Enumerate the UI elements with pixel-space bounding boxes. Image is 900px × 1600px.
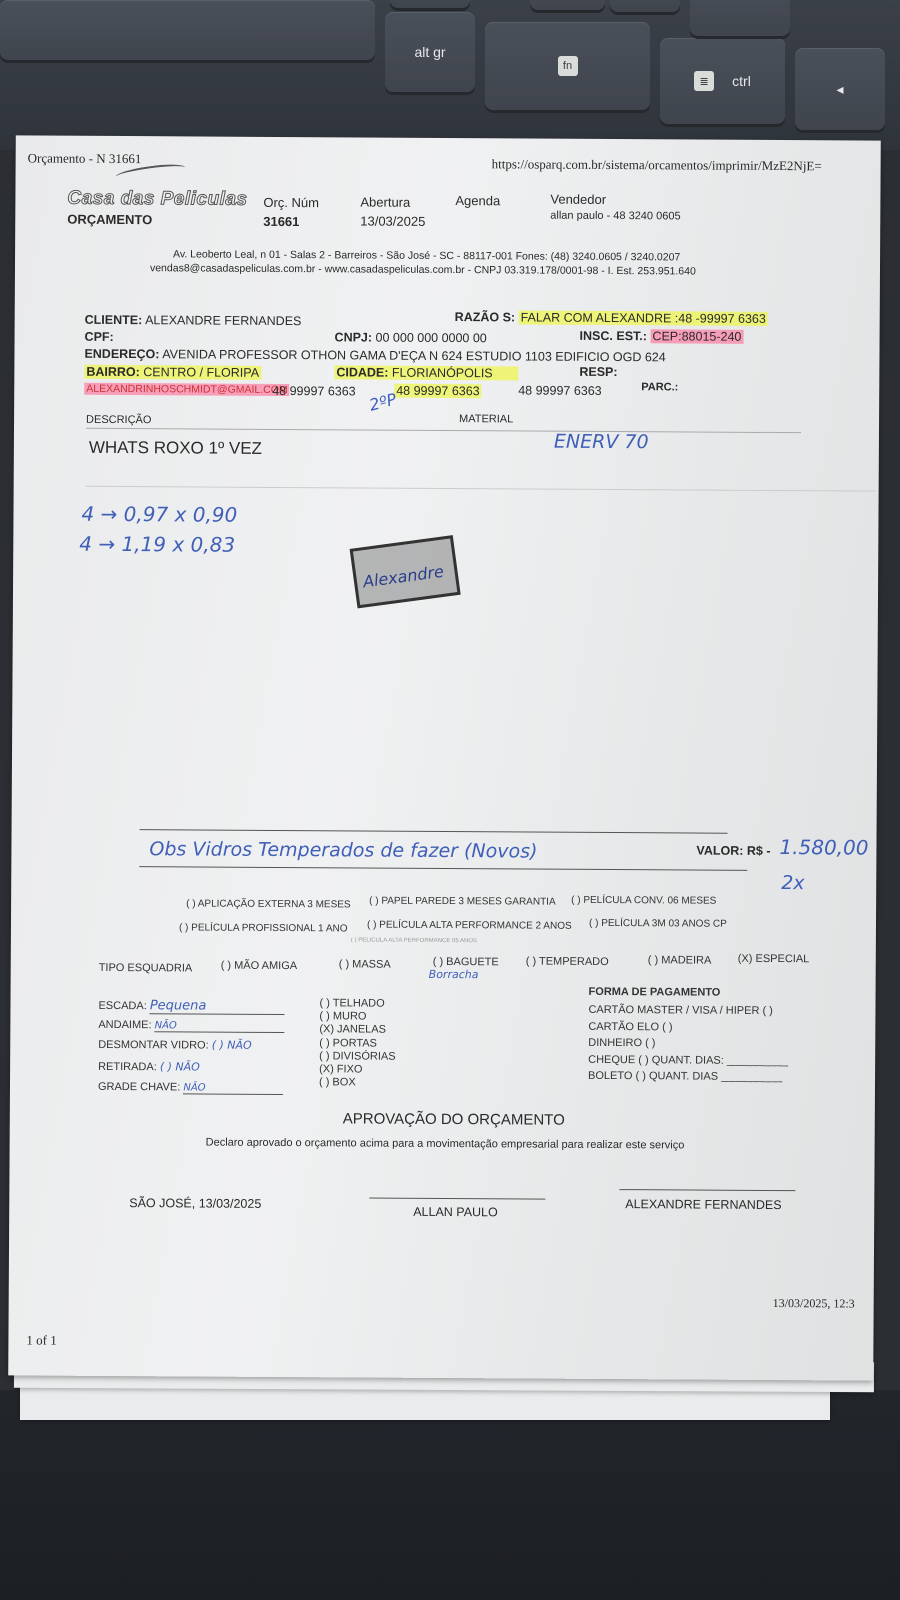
warranty-option[interactable]: ( ) APLICAÇÃO EXTERNA 3 MESES xyxy=(186,898,351,910)
measure-1: 4 → 0,97 x 0,90 xyxy=(81,502,237,527)
print-url[interactable]: https://osparq.com.br/sistema/orcamentos… xyxy=(492,156,822,174)
agenda-label: Agenda xyxy=(455,193,500,208)
desmontar-vidro-field: DESMONTAR VIDRO: ( ) NÃO xyxy=(98,1038,252,1052)
descricao-label: DESCRIÇÃO xyxy=(86,414,151,426)
key-arrow-left: ◂ xyxy=(795,48,885,130)
arrow-left-icon: ◂ xyxy=(836,81,843,98)
esquadria-option[interactable]: ( ) MADEIRA xyxy=(648,954,712,966)
company-contact: vendas8@casadaspeliculas.com.br - www.ca… xyxy=(150,262,696,277)
key-blank xyxy=(0,0,375,60)
company-address: Av. Leoberto Leal, n 01 - Salas 2 - Barr… xyxy=(173,248,680,263)
cnpj-field: CNPJ: 00 000 000 0000 00 xyxy=(335,330,487,345)
payment-option[interactable]: CARTÃO MASTER / VISA / HIPER ( ) xyxy=(588,1002,788,1020)
obs-line-top xyxy=(140,829,728,834)
key-top-2 xyxy=(530,0,605,10)
location-option-janelas[interactable]: (X) JANELAS xyxy=(319,1024,395,1038)
esquadria-option[interactable]: ( ) MÃO AMIGA xyxy=(221,960,297,972)
menu-key-icon: ≣ xyxy=(694,71,714,91)
vendedor-value: allan paulo - 48 3240 0605 xyxy=(550,210,680,223)
esquadria-option[interactable]: ( ) TEMPERADO xyxy=(526,956,609,969)
valor-label: VALOR: R$ - xyxy=(696,844,770,858)
print-timestamp: 13/03/2025, 12:3 xyxy=(773,1296,855,1312)
approval-title: APROVAÇÃO DO ORÇAMENTO xyxy=(343,1110,565,1128)
key-top-1 xyxy=(390,0,470,8)
bairro-field: BAIRRO: CENTRO / FLORIPA xyxy=(84,365,261,380)
razao-value: FALAR COM ALEXANDRE :48 -99997 6363 xyxy=(519,310,768,326)
warranty-option[interactable]: ( ) PELÍCULA ALTA PERFORMANCE 2 ANOS xyxy=(367,920,572,932)
payment-option[interactable]: CHEQUE ( ) QUANT. DIAS: __________ xyxy=(588,1051,788,1069)
warranty-option[interactable]: ( ) PELÍCULA ALTA PERFORMANCE 05 ANOS xyxy=(351,937,477,943)
signature-line-1 xyxy=(369,1198,545,1200)
key-ctrl: ≣ ctrl xyxy=(660,38,785,124)
abertura-value: 13/03/2025 xyxy=(360,213,425,228)
installments: 2x xyxy=(781,872,804,894)
doc-type: ORÇAMENTO xyxy=(67,212,152,228)
obs-handwritten: Obs Vidros Temperados de fazer (Novos) xyxy=(149,838,537,862)
payment-title: FORMA DE PAGAMENTO xyxy=(589,986,721,999)
vendedor-label: Vendedor xyxy=(550,192,606,207)
signature-line-2 xyxy=(619,1189,795,1191)
print-title: Orçamento - N 31661 xyxy=(28,150,142,167)
esquadria-label: TIPO ESQUADRIA xyxy=(99,962,193,975)
cliente-field: CLIENTE: ALEXANDRE FERNANDES xyxy=(85,313,302,328)
valor-value: 1.580,00 xyxy=(779,835,868,860)
esquadria-option[interactable]: ( ) BAGUETE xyxy=(433,956,499,968)
company-logo: Casa das Peliculas xyxy=(67,188,247,211)
phone-3: 48 99997 6363 xyxy=(518,383,602,398)
endereco-field: ENDEREÇO: AVENIDA PROFESSOR OTHON GAMA D… xyxy=(84,347,665,365)
key-fn: fn xyxy=(485,22,650,110)
warranty-option[interactable]: ( ) PELÍCULA 3M 03 ANOS CP xyxy=(589,918,727,930)
page-indicator: 1 of 1 xyxy=(26,1332,56,1348)
key-alt-gr: alt gr xyxy=(385,12,475,92)
payment-option[interactable]: BOLETO ( ) QUANT. DIAS __________ xyxy=(588,1068,788,1086)
approval-place-date: SÃO JOSÉ, 13/03/2025 xyxy=(129,1196,261,1211)
material-label: MATERIAL xyxy=(459,413,513,425)
obs-line-bottom xyxy=(139,866,747,871)
warranty-option[interactable]: ( ) PAPEL PAREDE 3 MESES GARANTIA xyxy=(369,896,556,908)
payment-option[interactable]: CARTÃO ELO ( ) xyxy=(588,1018,788,1036)
warranty-option[interactable]: ( ) PELÍCULA PROFISSIONAL 1 ANO xyxy=(179,922,348,934)
orc-num-value: 31661 xyxy=(263,214,299,229)
stamp-note: 2ºP xyxy=(367,389,398,414)
cidade-field: CIDADE: FLORIANÓPOLIS xyxy=(334,365,518,380)
insc-field: INSC. EST.: CEP:88015-240 xyxy=(580,329,744,344)
signer-2: ALEXANDRE FERNANDES xyxy=(625,1197,781,1212)
location-option[interactable]: ( ) MURO xyxy=(319,1010,395,1024)
warranty-option[interactable]: ( ) PELÍCULA CONV. 06 MESES xyxy=(571,895,716,907)
locations-list: ( ) TELHADO ( ) MURO (X) JANELAS ( ) POR… xyxy=(319,997,396,1090)
quote-document: Orçamento - N 31661 https://osparq.com.b… xyxy=(8,135,881,1380)
andaime-field: ANDAIME: NÃO xyxy=(98,1019,284,1033)
desk-surface xyxy=(0,1390,900,1600)
phone-2: 48 99997 6363 xyxy=(394,384,482,399)
signer-1: ALLAN PAULO xyxy=(413,1205,498,1220)
email-field: ALEXANDRINHOSCHMIDT@GMAIL.COM xyxy=(84,383,290,396)
escada-field: ESCADA: Pequena xyxy=(98,998,284,1015)
approval-statement: Declaro aprovado o orçamento acima para … xyxy=(206,1137,685,1152)
baguete-note: Borracha xyxy=(429,968,479,981)
payment-option[interactable]: DINHEIRO ( ) xyxy=(588,1035,788,1053)
grade-chave-field: GRADE CHAVE: NÃO xyxy=(98,1081,283,1095)
divider xyxy=(86,486,876,492)
razao-field: RAZÃO S: FALAR COM ALEXANDRE :48 -99997 … xyxy=(455,310,768,326)
location-option[interactable]: ( ) PORTAS xyxy=(319,1037,395,1051)
key-top-3 xyxy=(610,0,680,12)
abertura-label: Abertura xyxy=(360,194,410,209)
measure-2: 4 → 1,19 x 0,83 xyxy=(79,532,235,557)
key-top-4 xyxy=(690,0,790,36)
esquadria-option-especial[interactable]: (X) ESPECIAL xyxy=(738,953,810,965)
cliente-value: ALEXANDRE FERNANDES xyxy=(145,313,301,328)
divider xyxy=(86,428,801,433)
signature-stamp: Alexandre xyxy=(350,535,461,608)
esquadria-option[interactable]: ( ) MASSA xyxy=(339,958,391,970)
cpf-label: CPF: xyxy=(85,330,114,344)
cep-value: CEP:88015-240 xyxy=(650,329,743,344)
retirada-field: RETIRADA: ( ) NÃO xyxy=(98,1060,200,1074)
location-option[interactable]: ( ) DIVISÓRIAS xyxy=(319,1050,395,1064)
location-option-fixo[interactable]: (X) FIXO xyxy=(319,1063,395,1077)
orc-num-label: Orç. Núm xyxy=(263,195,319,210)
resp-label: RESP: xyxy=(579,365,617,379)
phone-1: 48 99997 6363 xyxy=(272,384,356,399)
material-handwritten: ENERV 70 xyxy=(554,431,649,454)
location-option[interactable]: ( ) BOX xyxy=(319,1076,395,1090)
parc-label: PARC.: xyxy=(641,381,678,393)
fn-key-glyph: fn xyxy=(558,56,578,76)
payment-options: CARTÃO MASTER / VISA / HIPER ( ) CARTÃO … xyxy=(588,1002,788,1086)
location-option[interactable]: ( ) TELHADO xyxy=(319,997,395,1011)
descricao-value: WHATS ROXO 1º VEZ xyxy=(89,438,262,459)
keyboard-backdrop: alt gr fn ≣ ctrl ◂ xyxy=(0,0,900,150)
